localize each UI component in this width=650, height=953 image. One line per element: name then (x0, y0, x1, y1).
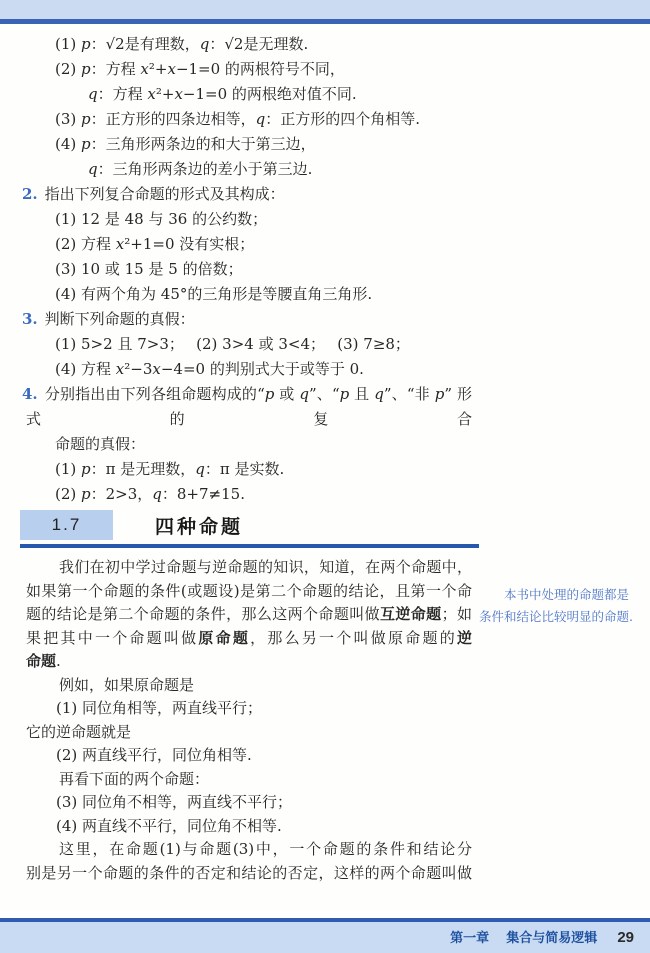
body-line: 命题. (26, 650, 472, 674)
body-line: 它的逆命题就是 (26, 721, 472, 745)
body-line: (1) 同位角相等，两直线平行； (26, 697, 472, 721)
body-line: 这里，在命题(1)与命题(3)中，一个命题的条件和结论分 (26, 838, 472, 862)
exercise-line: (2) p：2>3，q：8+7≠15. (26, 482, 472, 507)
exercise-line: q：三角形两条边的差小于第三边. (26, 157, 472, 182)
exercise-line: (1) p：√2是有理数，q：√2是无理数. (26, 32, 472, 57)
exercise-line-text: 判断下列命题的真假： (45, 310, 195, 328)
exercise-line: (2) p：方程 x²+x−1=0 的两根符号不同， (26, 57, 472, 82)
footer-book-title: 集合与简易逻辑 (506, 930, 597, 945)
problem-number: 4. (22, 385, 38, 403)
body-line: 再看下面的两个命题： (26, 768, 472, 792)
body-line: (2) 两直线平行，同位角相等. (26, 744, 472, 768)
problem-number: 2. (22, 185, 38, 203)
body-line: (3) 同位角不相等，两直线不平行； (26, 791, 472, 815)
body-paragraphs: 我们在初中学过命题与逆命题的知识，知道，在两个命题中， 如果第一个命题的条件(或… (26, 556, 472, 885)
body-line: 我们在初中学过命题与逆命题的知识，知道，在两个命题中， (26, 556, 472, 580)
top-rule (0, 19, 650, 24)
exercise-line: (1) 12 是 48 与 36 的公约数； (26, 207, 472, 232)
exercise-line: q：方程 x²+x−1=0 的两根绝对值不同. (26, 82, 472, 107)
body-line: 例如，如果原命题是 (26, 674, 472, 698)
exercise-line: (4) 有两个角为 45°的三角形是等腰直角三角形. (26, 282, 472, 307)
problem-number: 3. (22, 310, 38, 328)
textbook-page: (1) p：√2是有理数，q：√2是无理数. (2) p：方程 x²+x−1=0… (0, 0, 650, 953)
margin-note-line: 条件和结论比较明显的命题. (479, 606, 649, 628)
exercise-line-text: 指出下列复合命题的形式及其构成： (45, 185, 285, 203)
margin-note: 本书中处理的命题都是 条件和结论比较明显的命题. (479, 584, 649, 628)
exercise-line: (3) 10 或 15 是 5 的倍数； (26, 257, 472, 282)
exercise-line-text: 分别指出由下列各组命题构成的“p 或 q”、“p 且 q”、“非 p” 形式的复… (26, 385, 472, 428)
exercise-line: (3) p：正方形的四条边相等，q：正方形的四个角相等. (26, 107, 472, 132)
body-line: 果把其中一个命题叫做原命题，那么另一个叫做原命题的逆 (26, 627, 472, 651)
exercise-line: 命题的真假： (26, 432, 472, 457)
exercise-list: (1) p：√2是有理数，q：√2是无理数. (2) p：方程 x²+x−1=0… (26, 32, 472, 507)
section-number-box: 1.7 (20, 510, 113, 540)
section-heading: 1.7 四种命题 (20, 510, 479, 548)
section-title: 四种命题 (155, 512, 243, 539)
top-band (0, 0, 650, 19)
footer-chapter: 第一章 (450, 930, 489, 945)
exercise-line: (2) 方程 x²+1=0 没有实根； (26, 232, 472, 257)
body-line: (4) 两直线不平行，同位角不相等. (26, 815, 472, 839)
exercise-line: 4.分别指出由下列各组命题构成的“p 或 q”、“p 且 q”、“非 p” 形式… (26, 382, 472, 432)
exercise-line: (4) 方程 x²−3x−4=0 的判别式大于或等于 0. (26, 357, 472, 382)
exercise-line: 2.指出下列复合命题的形式及其构成： (26, 182, 472, 207)
footer: 第一章 集合与简易逻辑 29 (0, 922, 650, 953)
body-line: 别是另一个命题的条件的否定和结论的否定，这样的两个命题叫做 (26, 862, 472, 886)
exercise-line: (1) p：π 是无理数，q：π 是实数. (26, 457, 472, 482)
exercise-line: 3.判断下列命题的真假： (26, 307, 472, 332)
body-line: 如果第一个命题的条件(或题设)是第二个命题的结论，且第一个命 (26, 580, 472, 604)
body-line: 题的结论是第二个命题的条件，那么这两个命题叫做互逆命题；如 (26, 603, 472, 627)
page-number: 29 (617, 929, 634, 946)
exercise-line: (4) p：三角形两条边的和大于第三边， (26, 132, 472, 157)
exercise-line: (1) 5>2 且 7>3； (2) 3>4 或 3<4； (3) 7≥8； (26, 332, 472, 357)
margin-note-line: 本书中处理的命题都是 (479, 584, 649, 606)
